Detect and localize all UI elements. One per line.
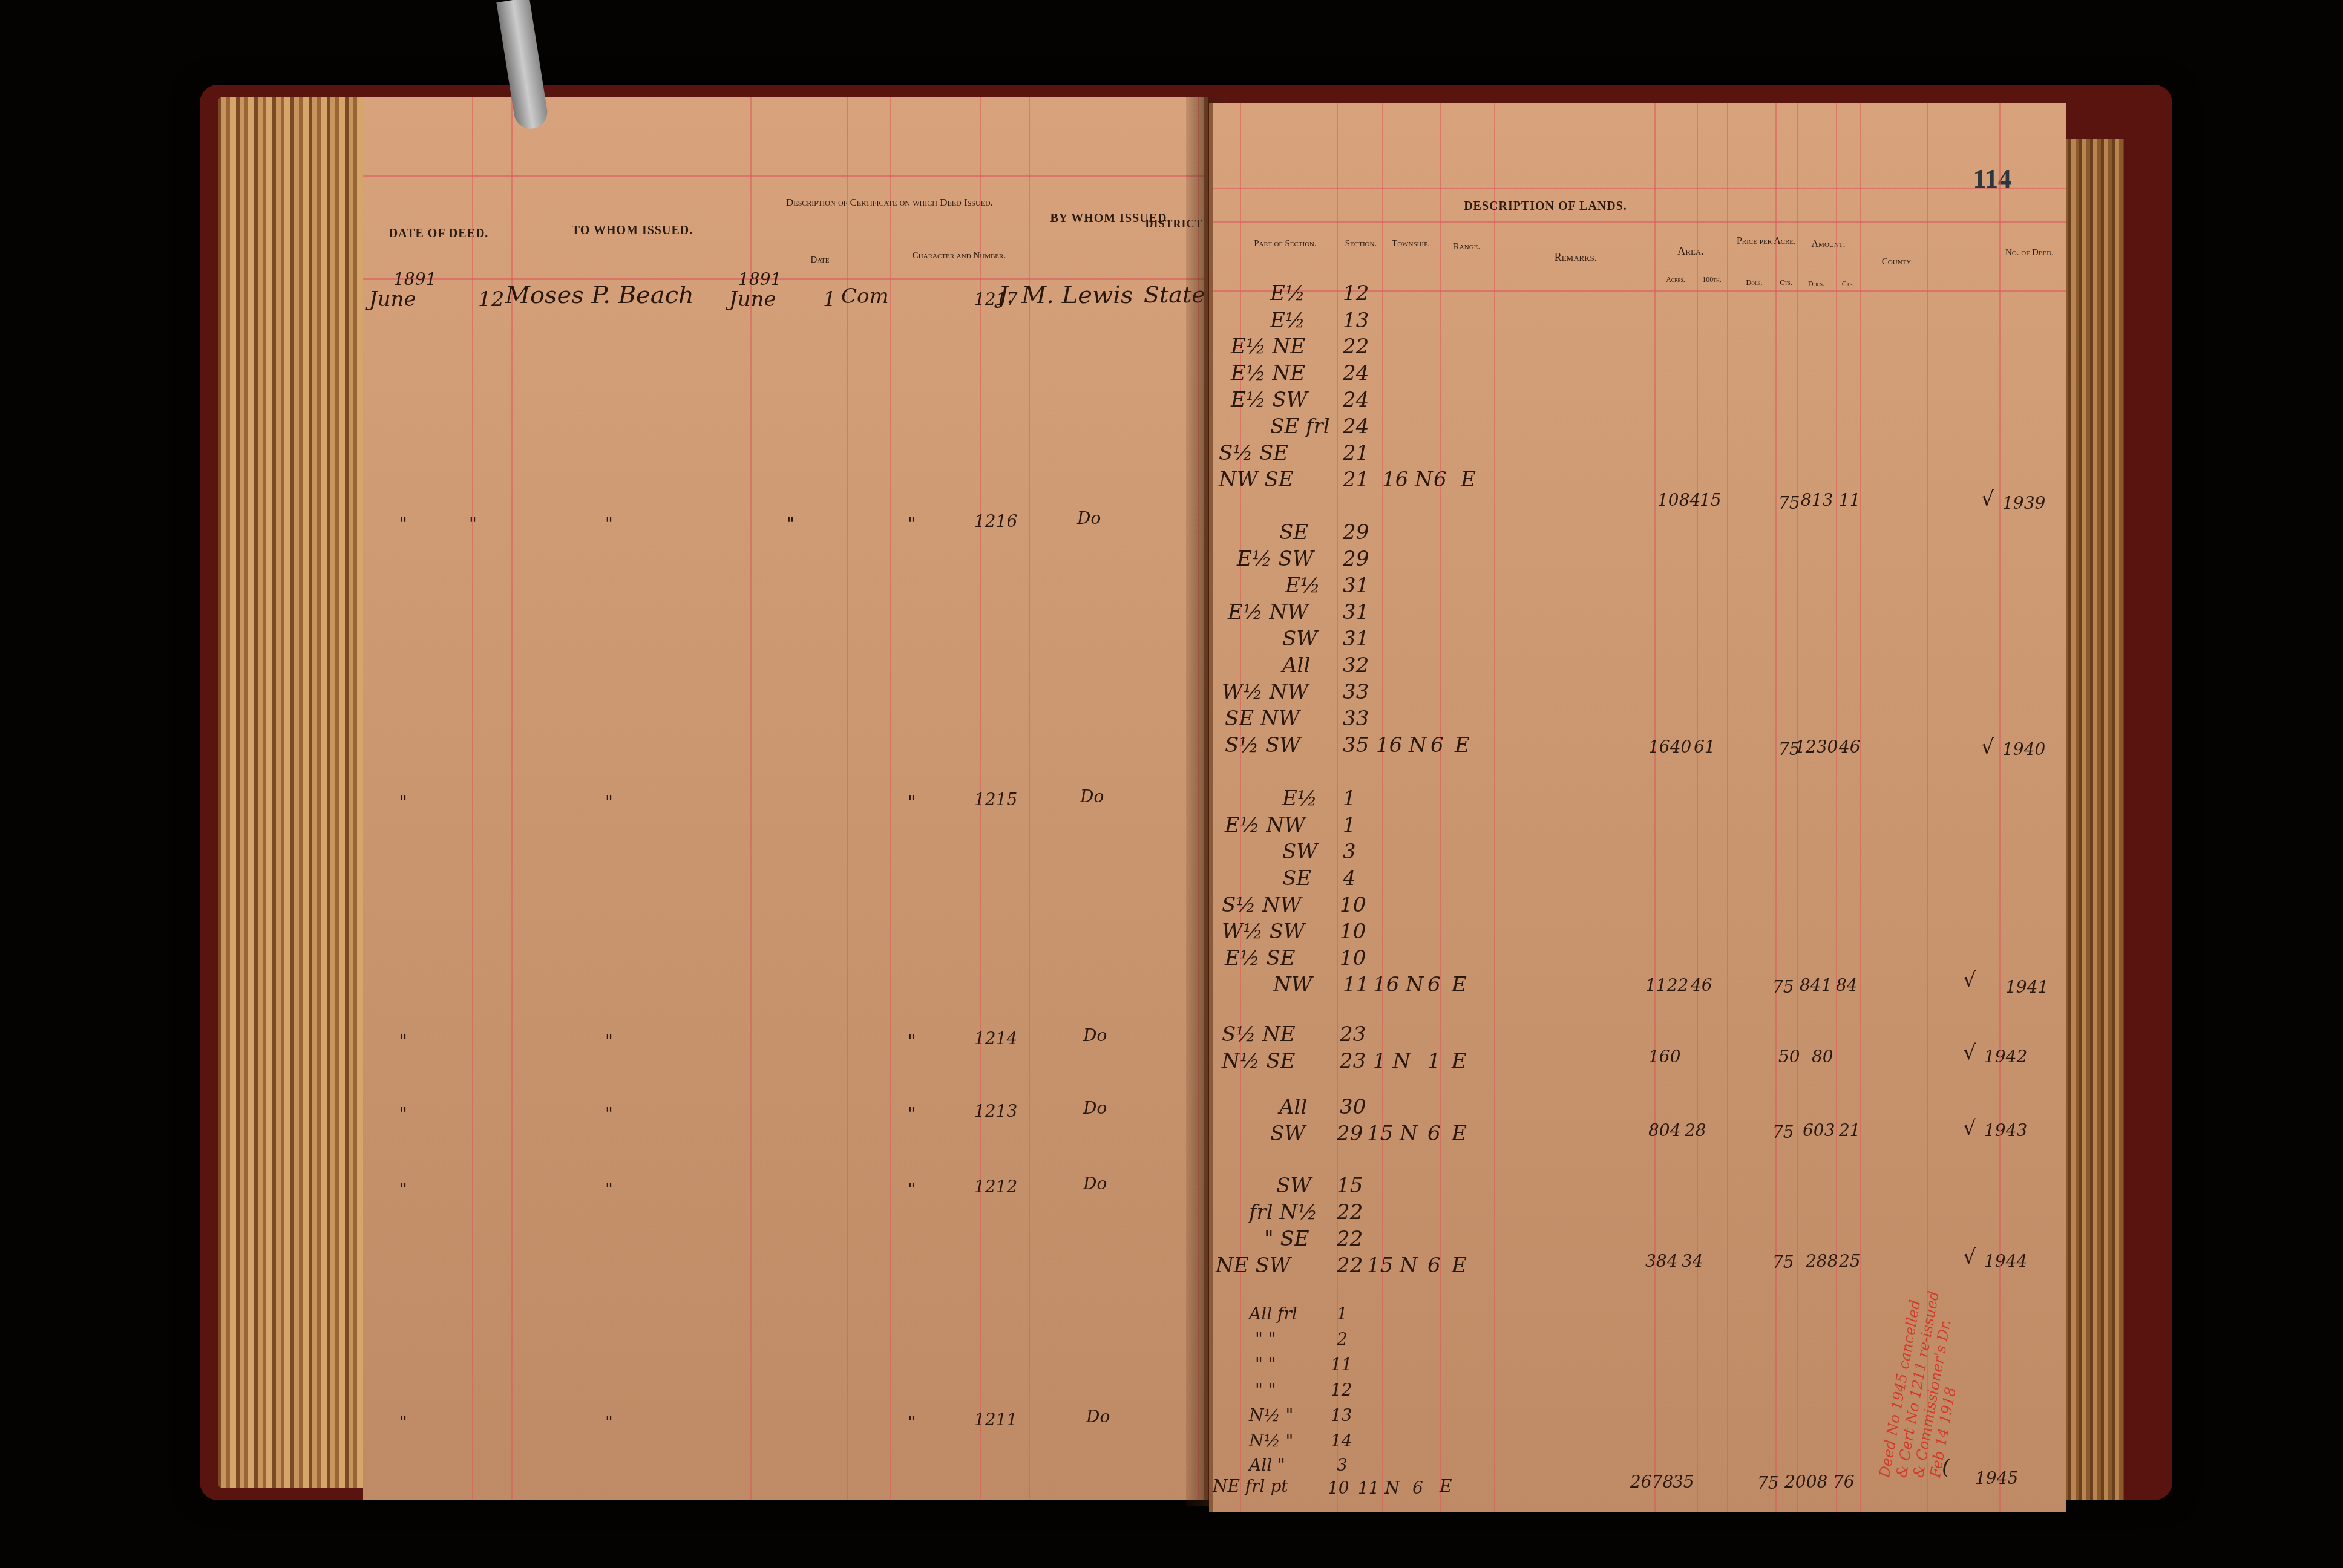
part-of-section: E½ SW [1231, 388, 1308, 412]
section-number: 1 [1343, 786, 1356, 811]
part-of-section: " " [1255, 1380, 1276, 1400]
ditto-mark: " [605, 1031, 613, 1051]
section-number: 4 [1343, 866, 1356, 890]
section-number: 10 [1328, 1478, 1349, 1498]
checkmark-icon: √ [1963, 968, 1976, 992]
section-number: 12 [1331, 1380, 1352, 1400]
entry-grantee: Moses P. Beach [505, 281, 694, 309]
entry-cert-no: 1211 [974, 1410, 1017, 1429]
part-of-section: " " [1255, 1329, 1276, 1349]
section-number: 35 [1343, 733, 1369, 757]
entry-cert-no: 1212 [974, 1177, 1017, 1197]
ditto-mark: " [399, 1180, 407, 1200]
entry-day: 12 [478, 287, 504, 312]
section-number: 2 [1337, 1329, 1348, 1349]
page-edges-right [2057, 139, 2124, 1500]
deed-number: 1943 [1984, 1120, 2027, 1140]
ditto-mark: " [605, 1104, 613, 1124]
range: 6 [1427, 1253, 1441, 1278]
ditto-mark: " [605, 792, 613, 812]
header-hundredths: 100th. [1697, 275, 1727, 284]
part-of-section: SE NW [1225, 707, 1300, 731]
area-acres: 384 [1645, 1251, 1677, 1271]
part-of-section: NW SE [1219, 468, 1294, 492]
section-number: 15 [1337, 1174, 1363, 1198]
ditto-mark: " [908, 1180, 916, 1200]
part-of-section: All " [1249, 1455, 1285, 1475]
part-of-section: W½ SW [1222, 920, 1305, 944]
header-remarks: Remarks. [1497, 251, 1654, 264]
area-hundredths: 61 [1694, 737, 1715, 757]
header-amount-dols: Dols. [1800, 279, 1833, 289]
range-direction: E [1452, 1253, 1467, 1278]
section-number: 31 [1343, 627, 1369, 651]
part-of-section: SE [1282, 866, 1311, 890]
entry-month: June [369, 287, 416, 312]
range-direction: E [1452, 973, 1467, 997]
section-number: 22 [1343, 335, 1369, 359]
entry-cert-char: Com [841, 284, 889, 309]
price-cts: 75 [1772, 1252, 1794, 1272]
part-of-section: SW [1270, 1122, 1305, 1146]
header-price-cts: Cts. [1775, 278, 1797, 287]
area-acres: 1640 [1648, 737, 1691, 757]
section-number: 21 [1343, 468, 1369, 492]
section-number: 13 [1331, 1405, 1352, 1425]
ditto-mark: " [399, 792, 407, 812]
entry-cert-year: 1891 [738, 269, 781, 289]
part-of-section: N½ " [1249, 1405, 1293, 1425]
township: 1 N [1373, 1049, 1411, 1073]
township: 16 N [1376, 733, 1427, 757]
entry-issuer: Do [1083, 1174, 1107, 1194]
section-number: 3 [1343, 840, 1356, 864]
ditto-mark: " [469, 514, 477, 534]
part-of-section: SW [1282, 627, 1317, 651]
area-hundredths: 46 [1691, 975, 1712, 995]
part-of-section: E½ [1270, 309, 1305, 333]
section-number: 3 [1337, 1455, 1348, 1475]
ditto-mark: " [399, 1031, 407, 1051]
entry-issuer: Do [1086, 1406, 1110, 1426]
header-certificate-description: Description of Certificate on which Deed… [753, 197, 1026, 209]
ditto-mark: " [399, 1413, 407, 1432]
section-number: 23 [1340, 1049, 1366, 1073]
amount-dols: 288 [1806, 1251, 1838, 1271]
part-of-section: SW [1282, 840, 1317, 864]
header-price-dols: Dols. [1736, 278, 1772, 287]
section-number: 21 [1343, 441, 1369, 465]
section-number: 31 [1343, 573, 1369, 598]
deed-number: 1940 [2002, 739, 2045, 759]
part-of-section: NW [1273, 973, 1312, 997]
checkmark-icon: √ [1963, 1116, 1976, 1140]
header-county: County [1866, 257, 1927, 267]
entry-issuer: J. M. Lewis [998, 281, 1133, 309]
entry-cert-month: June [729, 287, 776, 312]
amount-cts: 84 [1836, 975, 1858, 995]
range: 6 [1427, 973, 1441, 997]
township: 15 N [1367, 1253, 1418, 1278]
entry-issuer: Do [1077, 508, 1101, 528]
ditto-mark: " [399, 1104, 407, 1124]
section-number: 30 [1340, 1095, 1366, 1119]
section-number: 29 [1337, 1122, 1363, 1146]
section-number: 11 [1331, 1354, 1352, 1374]
header-no-of-deed: No. of Deed. [1999, 248, 2060, 258]
header-range: Range. [1440, 242, 1494, 252]
entry-cert-day: 1 [823, 287, 836, 312]
header-part-of-section: Part of Section. [1225, 239, 1346, 249]
checkmark-icon: √ [1981, 735, 1994, 759]
header-price-per-acre: Price per Acre. [1733, 236, 1800, 247]
header-rule-top [363, 175, 1204, 177]
section-number: 12 [1343, 281, 1369, 305]
range: 6 [1412, 1478, 1423, 1498]
deed-number: 1944 [1984, 1251, 2027, 1271]
entry-cert-no: 1216 [974, 511, 1017, 531]
amount-dols: 813 [1801, 490, 1833, 510]
section-number: 1 [1337, 1304, 1348, 1324]
header-rule-bottom [363, 278, 1204, 280]
section-number: 13 [1343, 309, 1369, 333]
part-of-section: N½ " [1249, 1431, 1293, 1451]
entry-cert-no: 1213 [974, 1101, 1017, 1121]
area-hundredths: 34 [1682, 1251, 1703, 1271]
amount-cts: 21 [1839, 1120, 1861, 1140]
township: 11 N [1358, 1478, 1400, 1498]
area-acres: 1122 [1645, 975, 1688, 995]
amount-cts: 25 [1839, 1251, 1861, 1271]
part-of-section: E½ SE [1225, 946, 1296, 970]
area-hundredths: 35 [1673, 1472, 1694, 1492]
deed-number: 1941 [2005, 977, 2048, 997]
part-of-section: E½ [1270, 281, 1305, 305]
ditto-mark: " [787, 514, 795, 534]
area-acres: 2678 [1630, 1472, 1673, 1492]
section-number: 24 [1343, 388, 1369, 412]
range-direction: E [1455, 733, 1470, 757]
price-cts: 75 [1772, 977, 1794, 997]
section-number: 1 [1343, 813, 1356, 837]
checkmark-icon: √ [1963, 1040, 1976, 1065]
section-number: 24 [1343, 414, 1369, 439]
right-page: 114 Description of Lands. Part of Sectio… [1209, 103, 2066, 1512]
range: 1 [1427, 1049, 1441, 1073]
left-page: Date of Deed. To Whom Issued. Descriptio… [363, 97, 1208, 1500]
amount-cts: 11 [1839, 490, 1861, 510]
part-of-section: " " [1255, 1354, 1276, 1374]
price-cts: 75 [1757, 1473, 1779, 1493]
ditto-mark: " [908, 792, 916, 812]
section-number: 24 [1343, 361, 1369, 385]
deed-number: 1945 [1975, 1468, 2018, 1488]
township: 16 N [1382, 468, 1433, 492]
part-of-section: frl N½ [1249, 1200, 1317, 1224]
part-of-section: SE [1279, 520, 1308, 544]
part-of-section: W½ NW [1222, 680, 1308, 704]
section-number: 29 [1343, 520, 1369, 544]
header-acres: Acres. [1657, 275, 1694, 284]
entry-cert-no: 1214 [974, 1028, 1017, 1048]
part-of-section: N½ SE [1222, 1049, 1296, 1073]
range-direction: E [1440, 1476, 1452, 1496]
section-number: 22 [1337, 1227, 1363, 1251]
part-of-section: NE SW [1216, 1253, 1291, 1278]
amount-dols: 603 [1803, 1120, 1835, 1140]
part-of-section: S½ NE [1222, 1022, 1296, 1047]
part-of-section: S½ SE [1219, 441, 1288, 465]
header-date-of-deed: Date of Deed. [369, 227, 508, 241]
header-township: Township. [1382, 239, 1440, 249]
section-number: 11 [1343, 973, 1369, 997]
part-of-section: E½ NE [1231, 361, 1305, 385]
ditto-mark: " [908, 514, 916, 534]
ditto-mark: " [908, 1413, 916, 1432]
part-of-section: SE frl [1270, 414, 1330, 439]
part-of-section: SW [1276, 1174, 1311, 1198]
part-of-section: All frl [1249, 1304, 1297, 1324]
entry-year: 1891 [393, 269, 436, 289]
amount-cts: 76 [1833, 1472, 1855, 1492]
entry-cert-no: 1215 [974, 789, 1017, 809]
header-amount: Amount. [1797, 239, 1860, 250]
header-cert-date: Date [753, 255, 886, 266]
entry-issuer: Do [1080, 786, 1104, 806]
deed-number: 1939 [2002, 493, 2045, 513]
section-number: 29 [1343, 547, 1369, 571]
part-of-section: E½ NE [1231, 335, 1305, 359]
part-of-section: E½ [1285, 573, 1320, 598]
deed-number: 1942 [1984, 1047, 2027, 1067]
checkmark-icon: √ [1963, 1245, 1976, 1269]
range-direction: E [1461, 468, 1476, 492]
section-number: 23 [1340, 1022, 1366, 1047]
header-area: Area. [1654, 245, 1727, 258]
section-number: 10 [1340, 946, 1366, 970]
range: 6 [1434, 468, 1447, 492]
part-of-section: S½ SW [1225, 733, 1300, 757]
part-of-section: All [1279, 1095, 1307, 1119]
area-acres: 804 [1648, 1120, 1680, 1140]
ditto-mark: " [605, 1180, 613, 1200]
amount-dols: 1230 [1795, 737, 1838, 757]
part-of-section: S½ NW [1222, 893, 1302, 917]
section-number: 33 [1343, 680, 1369, 704]
section-number: 31 [1343, 600, 1369, 624]
area-hundredths: 15 [1700, 490, 1722, 510]
part-of-section: E½ [1282, 786, 1317, 811]
section-number: 32 [1343, 653, 1369, 678]
page-edges-left [218, 97, 369, 1488]
amount-dols: 2008 [1784, 1472, 1827, 1492]
part-of-section: " SE [1264, 1227, 1309, 1251]
price-cts: 75 [1772, 1122, 1794, 1142]
range: 6 [1430, 733, 1444, 757]
township: 16 N [1373, 973, 1424, 997]
entry-issuer: Do [1083, 1025, 1107, 1045]
section-number: 33 [1343, 707, 1369, 731]
header-cert-char-number: Character and Number. [890, 251, 1029, 261]
ditto-mark: " [399, 514, 407, 534]
price-cts: 50 [1778, 1047, 1800, 1067]
range: 6 [1427, 1122, 1441, 1146]
ditto-mark: " [605, 1413, 613, 1432]
range-direction: E [1452, 1122, 1467, 1146]
entry-issuer: Do [1083, 1098, 1107, 1118]
part-of-section: NE frl pt [1213, 1476, 1288, 1496]
area-acres: 1084 [1657, 490, 1700, 510]
township: 15 N [1367, 1122, 1418, 1146]
part-of-section: E½ SW [1237, 547, 1314, 571]
section-number: 10 [1340, 893, 1366, 917]
section-number: 14 [1331, 1431, 1352, 1451]
page-number: 114 [1973, 163, 2011, 194]
header-to-whom-issued: To Whom Issued. [514, 224, 750, 238]
range-direction: E [1452, 1049, 1467, 1073]
ditto-mark: " [908, 1031, 916, 1051]
part-of-section: E½ NW [1225, 813, 1305, 837]
amount-dols: 841 [1800, 975, 1832, 995]
checkmark-icon: √ [1981, 487, 1994, 511]
section-number: 10 [1340, 920, 1366, 944]
part-of-section: All [1282, 653, 1310, 678]
part-of-section: E½ NW [1228, 600, 1308, 624]
section-number: 22 [1337, 1253, 1363, 1278]
area-acres: 160 [1648, 1047, 1680, 1067]
price-cts: 75 [1778, 493, 1800, 513]
section-number: 22 [1337, 1200, 1363, 1224]
area-hundredths: 28 [1685, 1120, 1706, 1140]
header-description-of-lands: Description of Lands. [1394, 200, 1697, 214]
header-amount-cts: Cts. [1836, 279, 1860, 289]
header-section: Section. [1334, 239, 1388, 249]
ditto-mark: " [605, 514, 613, 534]
ditto-mark: " [908, 1104, 916, 1124]
amount-cts: 46 [1839, 737, 1861, 757]
amount-dols: 80 [1812, 1047, 1833, 1067]
